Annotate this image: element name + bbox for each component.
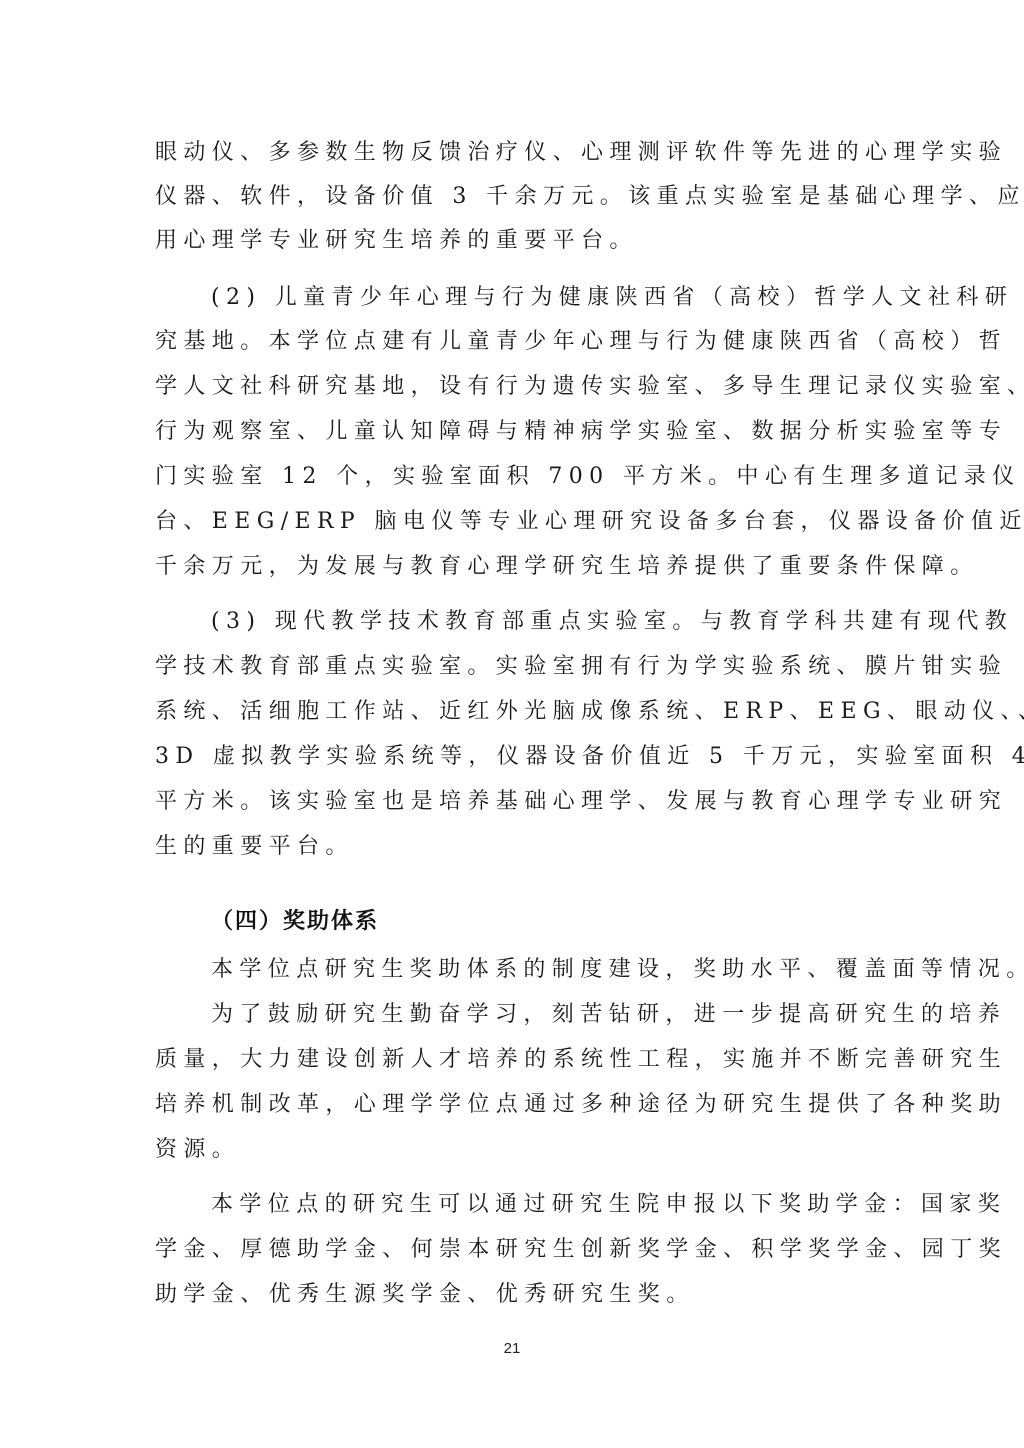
text-line: 仪器、软件，设备价值 3 千余万元。该重点实验室是基础心理学、应 [155,182,871,212]
text-line: (2) 儿童青少年心理与行为健康陕西省（高校）哲学人文社科研 [211,283,871,313]
text-line: 平方米。该实验室也是培养基础心理学、发展与教育心理学专业研究 [155,787,871,817]
document-page: 眼动仪、多参数生物反馈治疗仪、心理测评软件等先进的心理学实验仪器、软件，设备价值… [0,0,1024,1448]
text-line: 助学金、优秀生源奖学金、优秀研究生奖。 [155,1280,871,1310]
text-line: 行为观察室、儿童认知障碍与精神病学实验室、数据分析实验室等专 [155,417,871,447]
text-line: 质量，大力建设创新人才培养的系统性工程，实施并不断完善研究生 [155,1045,871,1075]
text-line: 生的重要平台。 [155,832,871,862]
text-line: 学金、厚德助学金、何崇本研究生创新奖学金、积学奖学金、园丁奖 [155,1235,871,1265]
text-line: 门实验室 12 个，实验室面积 700 平方米。中心有生理多道记录仪 31 [155,462,871,492]
text-line: 为了鼓励研究生勤奋学习，刻苦钻研，进一步提高研究生的培养 [211,1000,871,1030]
text-line: 究基地。本学位点建有儿童青少年心理与行为健康陕西省（高校）哲 [155,327,871,357]
text-line: 千余万元，为发展与教育心理学研究生培养提供了重要条件保障。 [155,552,871,582]
text-line: 本学位点研究生奖助体系的制度建设，奖助水平、覆盖面等情况。 [211,955,871,985]
text-line: 台、EEG/ERP 脑电仪等专业心理研究设备多台套，仪器设备价值近 2 [155,507,871,537]
text-line: 3D 虚拟教学实验系统等，仪器设备价值近 5 千万元，实验室面积 4500 [155,742,871,772]
text-line: 用心理学专业研究生培养的重要平台。 [155,226,871,256]
text-line: 学技术教育部重点实验室。实验室拥有行为学实验系统、膜片钳实验 [155,652,871,682]
text-line: 培养机制改革，心理学学位点通过多种途径为研究生提供了各种奖助 [155,1090,871,1120]
text-line: 学人文社科研究基地，设有行为遗传实验室、多导生理记录仪实验室、 [155,372,871,402]
text-line: (3) 现代教学技术教育部重点实验室。与教育学科共建有现代教 [211,607,871,637]
section-heading: （四）奖助体系 [211,907,379,937]
text-line: 资源。 [155,1135,871,1165]
text-line: 系统、活细胞工作站、近红外光脑成像系统、ERP、EEG、眼动仪、、 [155,697,871,727]
text-line: 本学位点的研究生可以通过研究生院申报以下奖助学金：国家奖 [211,1190,871,1220]
page-number: 21 [0,1340,1024,1357]
text-line: 眼动仪、多参数生物反馈治疗仪、心理测评软件等先进的心理学实验 [155,138,871,168]
